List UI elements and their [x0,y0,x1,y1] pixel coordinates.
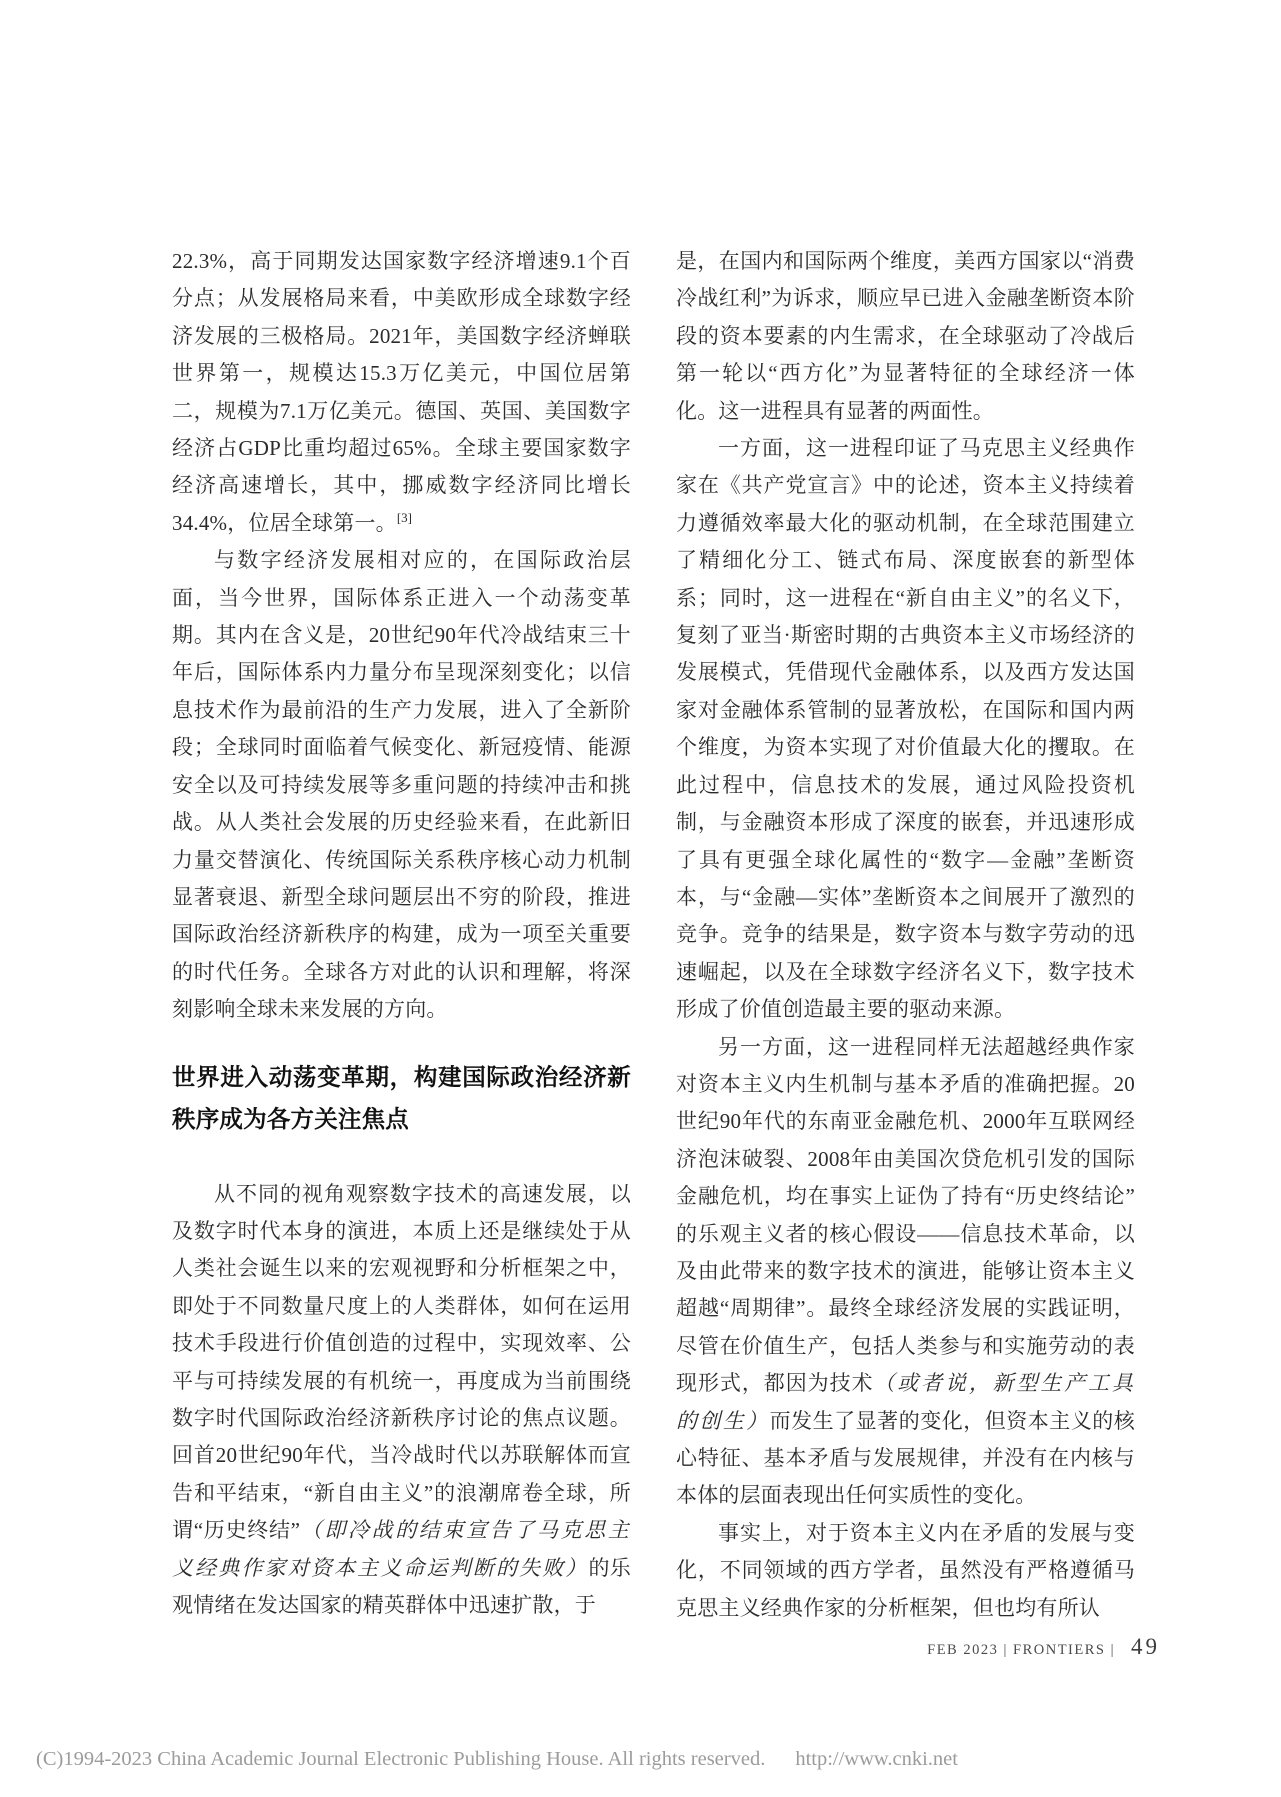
copyright-bar: (C)1994-2023 China Academic Journal Elec… [36,1748,1246,1771]
paragraph: 是，在国内和国际两个维度，美西方国家以“消费冷战红利”为诉求，顺应早已进入金融垄… [676,243,1135,430]
copyright-url: http://www.cnki.net [795,1748,958,1771]
paragraph: 另一方面，这一进程同样无法超越经典作家对资本主义内生机制与基本矛盾的准确把握。2… [676,1029,1135,1515]
text-segment: 另一方面，这一进程同样无法超越经典作家对资本主义内生机制与基本矛盾的准确把握。2… [676,1035,1135,1396]
text-column-right: 是，在国内和国际两个维度，美西方国家以“消费冷战红利”为诉求，顺应早已进入金融垄… [676,243,1135,1627]
copyright-notice: (C)1994-2023 China Academic Journal Elec… [36,1748,765,1771]
text-segment: 从不同的视角观察数字技术的高速发展，以及数字时代本身的演进，本质上还是继续处于从… [172,1182,631,1543]
journal-footer: FEB 2023 | FRONTIERS | 49 [676,1634,1160,1660]
section-heading: 世界进入动荡变革期，构建国际政治经济新秩序成为各方关注焦点 [172,1057,631,1141]
paragraph: 22.3%，高于同期发达国家数字经济增速9.1个百分点；从发展格局来看，中美欧形… [172,243,631,542]
paragraph: 事实上，对于资本主义内在矛盾的发展与变化，不同领域的西方学者，虽然没有严格遵循马… [676,1515,1135,1627]
text-segment: 是，在国内和国际两个维度，美西方国家以“消费冷战红利”为诉求，顺应早已进入金融垄… [676,249,1135,423]
journal-issue-label: FEB 2023 | FRONTIERS | [927,1642,1115,1659]
text-segment: 一方面，这一进程印证了马克思主义经典作家在《共产党宣言》中的论述，资本主义持续着… [676,436,1135,1021]
text-segment: 事实上，对于资本主义内在矛盾的发展与变化，不同领域的西方学者，虽然没有严格遵循马… [676,1521,1135,1620]
paragraph: 与数字经济发展相对应的，在国际政治层面，当今世界，国际体系正进入一个动荡变革期。… [172,542,631,1028]
paragraph: 一方面，这一进程印证了马克思主义经典作家在《共产党宣言》中的论述，资本主义持续着… [676,430,1135,1029]
page-number: 49 [1131,1634,1160,1660]
text-segment: 22.3%，高于同期发达国家数字经济增速9.1个百分点；从发展格局来看，中美欧形… [172,249,631,535]
paragraph: 从不同的视角观察数字技术的高速发展，以及数字时代本身的演进，本质上还是继续处于从… [172,1176,631,1625]
text-column-left: 22.3%，高于同期发达国家数字经济增速9.1个百分点；从发展格局来看，中美欧形… [172,243,631,1624]
footnote-ref: [3] [397,510,412,525]
journal-page: 22.3%，高于同期发达国家数字经济增速9.1个百分点；从发展格局来看，中美欧形… [0,0,1281,1797]
text-segment: 与数字经济发展相对应的，在国际政治层面，当今世界，国际体系正进入一个动荡变革期。… [172,548,631,1021]
